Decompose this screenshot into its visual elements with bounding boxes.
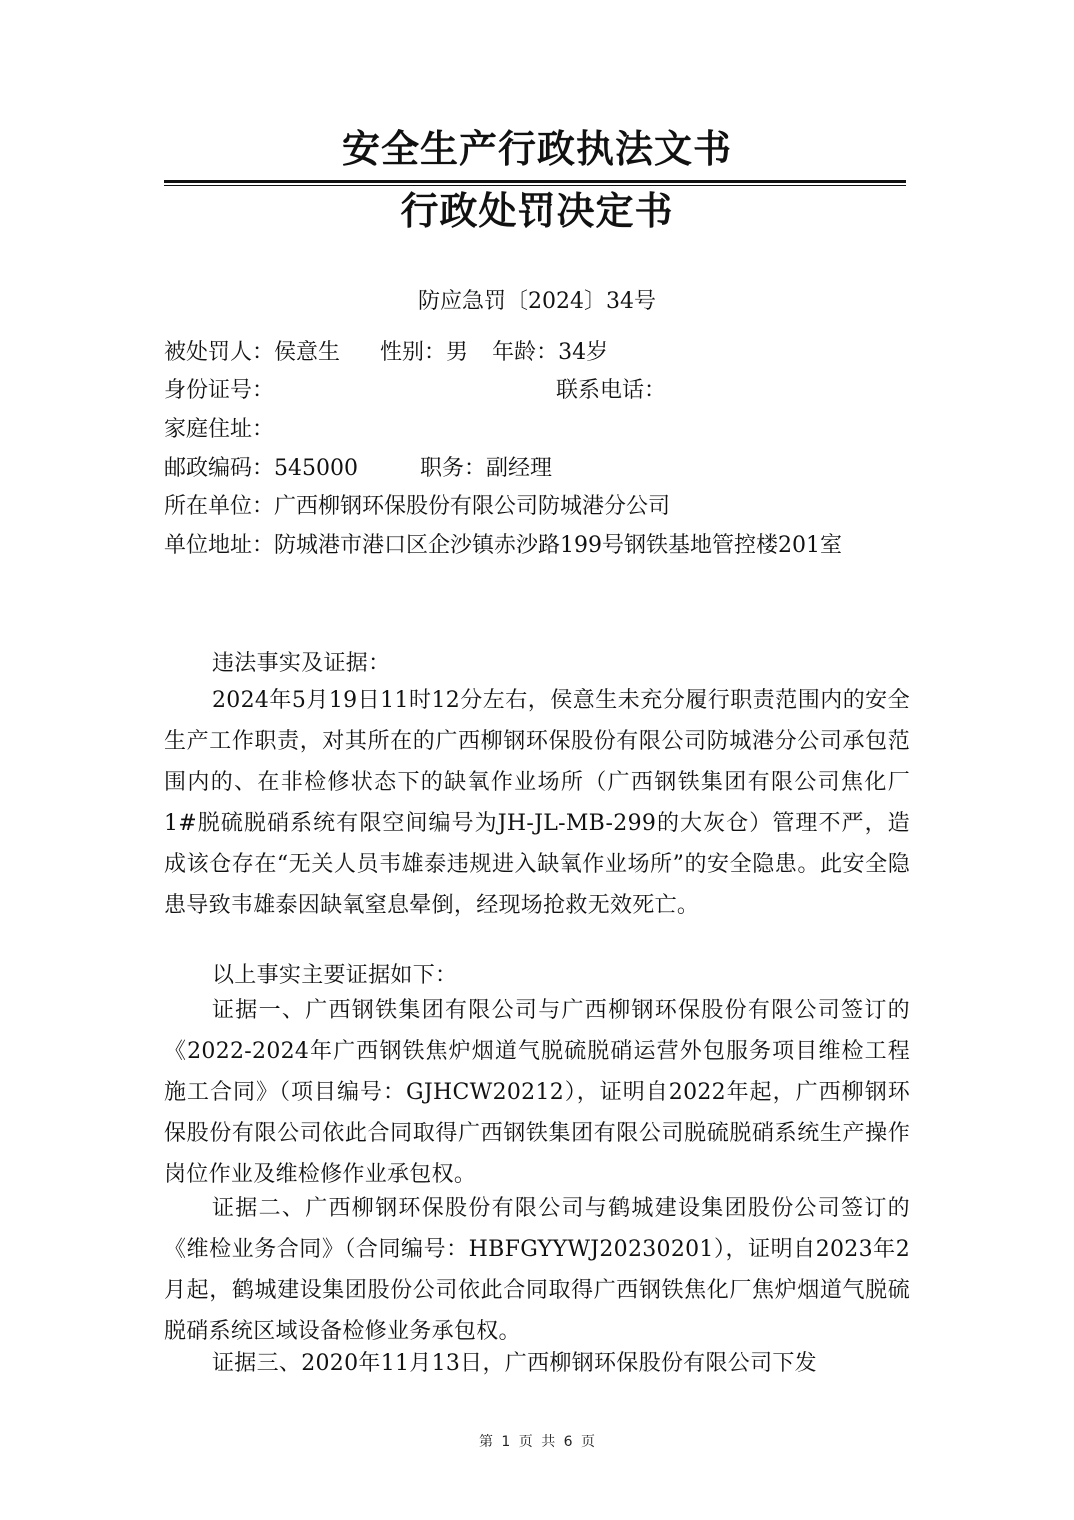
violation-section-heading: 违法事实及证据： bbox=[164, 643, 910, 684]
position-value: 副经理 bbox=[486, 456, 552, 481]
evidence-2-paragraph: 证据二、广西柳钢环保股份有限公司与鹤城建设集团股份公司签订的《维检业务合同》（合… bbox=[164, 1188, 910, 1352]
party-info-line-4: 邮政编码：545000职务：副经理 bbox=[164, 450, 914, 488]
gender-value: 男 bbox=[446, 340, 468, 365]
postcode-value: 545000 bbox=[274, 456, 358, 481]
violation-facts-paragraph: 2024年5月19日11时12分左右，侯意生未充分履行职责范围内的安全生产工作职… bbox=[164, 680, 910, 926]
party-info-line-1: 被处罚人：侯意生性别：男年龄：34岁 bbox=[164, 334, 914, 372]
employer-address-value: 防城港市港口区企沙镇赤沙路199号钢铁基地管控楼201室 bbox=[274, 533, 842, 558]
party-info-line-3: 家庭住址： bbox=[164, 411, 914, 449]
gender-label: 性别： bbox=[380, 340, 446, 365]
party-info-line-5: 所在单位：广西柳钢环保股份有限公司防城港分公司 bbox=[164, 488, 914, 526]
id-number-label: 身份证号： bbox=[164, 378, 274, 403]
party-info-line-2: 身份证号： 联系电话： bbox=[164, 372, 914, 410]
postcode-label: 邮政编码： bbox=[164, 456, 274, 481]
employer-address-label: 单位地址： bbox=[164, 533, 274, 558]
phone-label: 联系电话： bbox=[556, 378, 666, 403]
title-divider-thick bbox=[164, 180, 906, 183]
home-address-label: 家庭住址： bbox=[164, 417, 274, 442]
age-value: 34岁 bbox=[558, 340, 608, 365]
document-category-title: 安全生产行政执法文书 bbox=[0, 124, 1074, 174]
party-info-line-6: 单位地址：防城港市港口区企沙镇赤沙路199号钢铁基地管控楼201室 bbox=[164, 527, 912, 565]
document-page: 安全生产行政执法文书 行政处罚决定书 防应急罚〔2024〕34号 被处罚人：侯意… bbox=[0, 0, 1074, 1520]
age-label: 年龄： bbox=[492, 340, 558, 365]
evidence-1-paragraph: 证据一、广西钢铁集团有限公司与广西柳钢环保股份有限公司签订的《2022-2024… bbox=[164, 990, 910, 1195]
employer-label: 所在单位： bbox=[164, 494, 274, 519]
evidence-3-paragraph: 证据三、2020年11月13日，广西柳钢环保股份有限公司下发 bbox=[164, 1343, 910, 1384]
position-label: 职务： bbox=[420, 456, 486, 481]
party-name: 侯意生 bbox=[274, 340, 340, 365]
employer-value: 广西柳钢环保股份有限公司防城港分公司 bbox=[274, 494, 670, 519]
document-number: 防应急罚〔2024〕34号 bbox=[0, 284, 1074, 320]
party-name-label: 被处罚人： bbox=[164, 340, 274, 365]
page-number-footer: 第 1 页 共 6 页 bbox=[0, 1430, 1074, 1454]
document-title: 行政处罚决定书 bbox=[0, 186, 1074, 236]
